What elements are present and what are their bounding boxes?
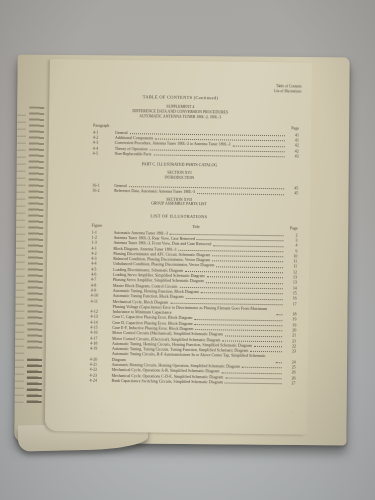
underpage-faint-print-texture	[15, 115, 27, 405]
col-page: Page	[291, 126, 299, 131]
figure-number: 4-19	[90, 346, 112, 352]
toc-entry-list: 4-1 General 41 4-2 Additional Components…	[49, 129, 311, 159]
dot-leader	[153, 155, 284, 158]
figure-page: 23	[284, 348, 296, 353]
figure-number: 4-11	[91, 298, 113, 304]
toc-title: TABLE OF CONTENTS (Continued)	[49, 93, 311, 102]
page-content: Table of Contents List of Illustrations …	[45, 59, 312, 435]
running-header: Table of Contents List of Illustrations	[274, 84, 302, 94]
figure-number: 4-24	[89, 378, 111, 384]
toc-entry-number: 16-2	[92, 188, 114, 194]
section-xvii-heading: SECTION XVII GROUP ASSEMBLY PARTS LIST	[48, 196, 310, 209]
figure-title: Bank Capacitance Switching Circuits, Sim…	[111, 378, 222, 385]
figure-page: 27	[283, 380, 295, 385]
dot-leader	[276, 315, 282, 316]
section-xvi-heading: SECTION XVI INTRODUCTION	[48, 169, 310, 182]
col-figure: Figure	[92, 223, 103, 228]
toc-entry-page: 43	[287, 153, 299, 158]
loi-title: LIST OF ILLUSTRATIONS	[48, 212, 310, 221]
photo-of-manual-page: Table of Contents List of Illustrations …	[0, 0, 375, 500]
toc-page: Table of Contents List of Illustrations …	[45, 59, 312, 435]
figure-page: 17	[285, 301, 297, 306]
col-page: Page	[290, 226, 298, 231]
toc-entry-page: 45	[286, 191, 298, 196]
toc-entry-number: 4-5	[93, 151, 115, 157]
footer-mark-left: ·	[101, 410, 102, 415]
footer-mark-right: ·	[292, 409, 293, 414]
supplement-heading: SUPPLEMENT 4 DIFFERENCE DATA AND CONVERS…	[49, 103, 311, 121]
section-xvi-entry-list: 16-1 General 45 16-2 Reference Data, Aut…	[48, 182, 310, 196]
toc-entry-title: Non-Replaceable Parts	[115, 151, 152, 157]
underpage-number-column-texture-dark	[27, 359, 42, 405]
figure-list: 1-1 Automatic Antenna Tuner 180L-3 2 1-2…	[45, 229, 309, 386]
col-paragraph: Paragraph	[93, 123, 109, 128]
dot-leader	[197, 193, 284, 195]
running-header-line2: List of Illustrations	[274, 89, 302, 94]
dot-leader	[225, 383, 282, 385]
underpage-number-column-texture	[27, 107, 44, 349]
toc-entry-title: Reference Data, Automatic Antenna Tuner …	[114, 188, 195, 194]
part-heading: PART C. ILLUSTRATED PARTS CATALOG	[49, 160, 311, 169]
dot-leader	[276, 362, 282, 363]
